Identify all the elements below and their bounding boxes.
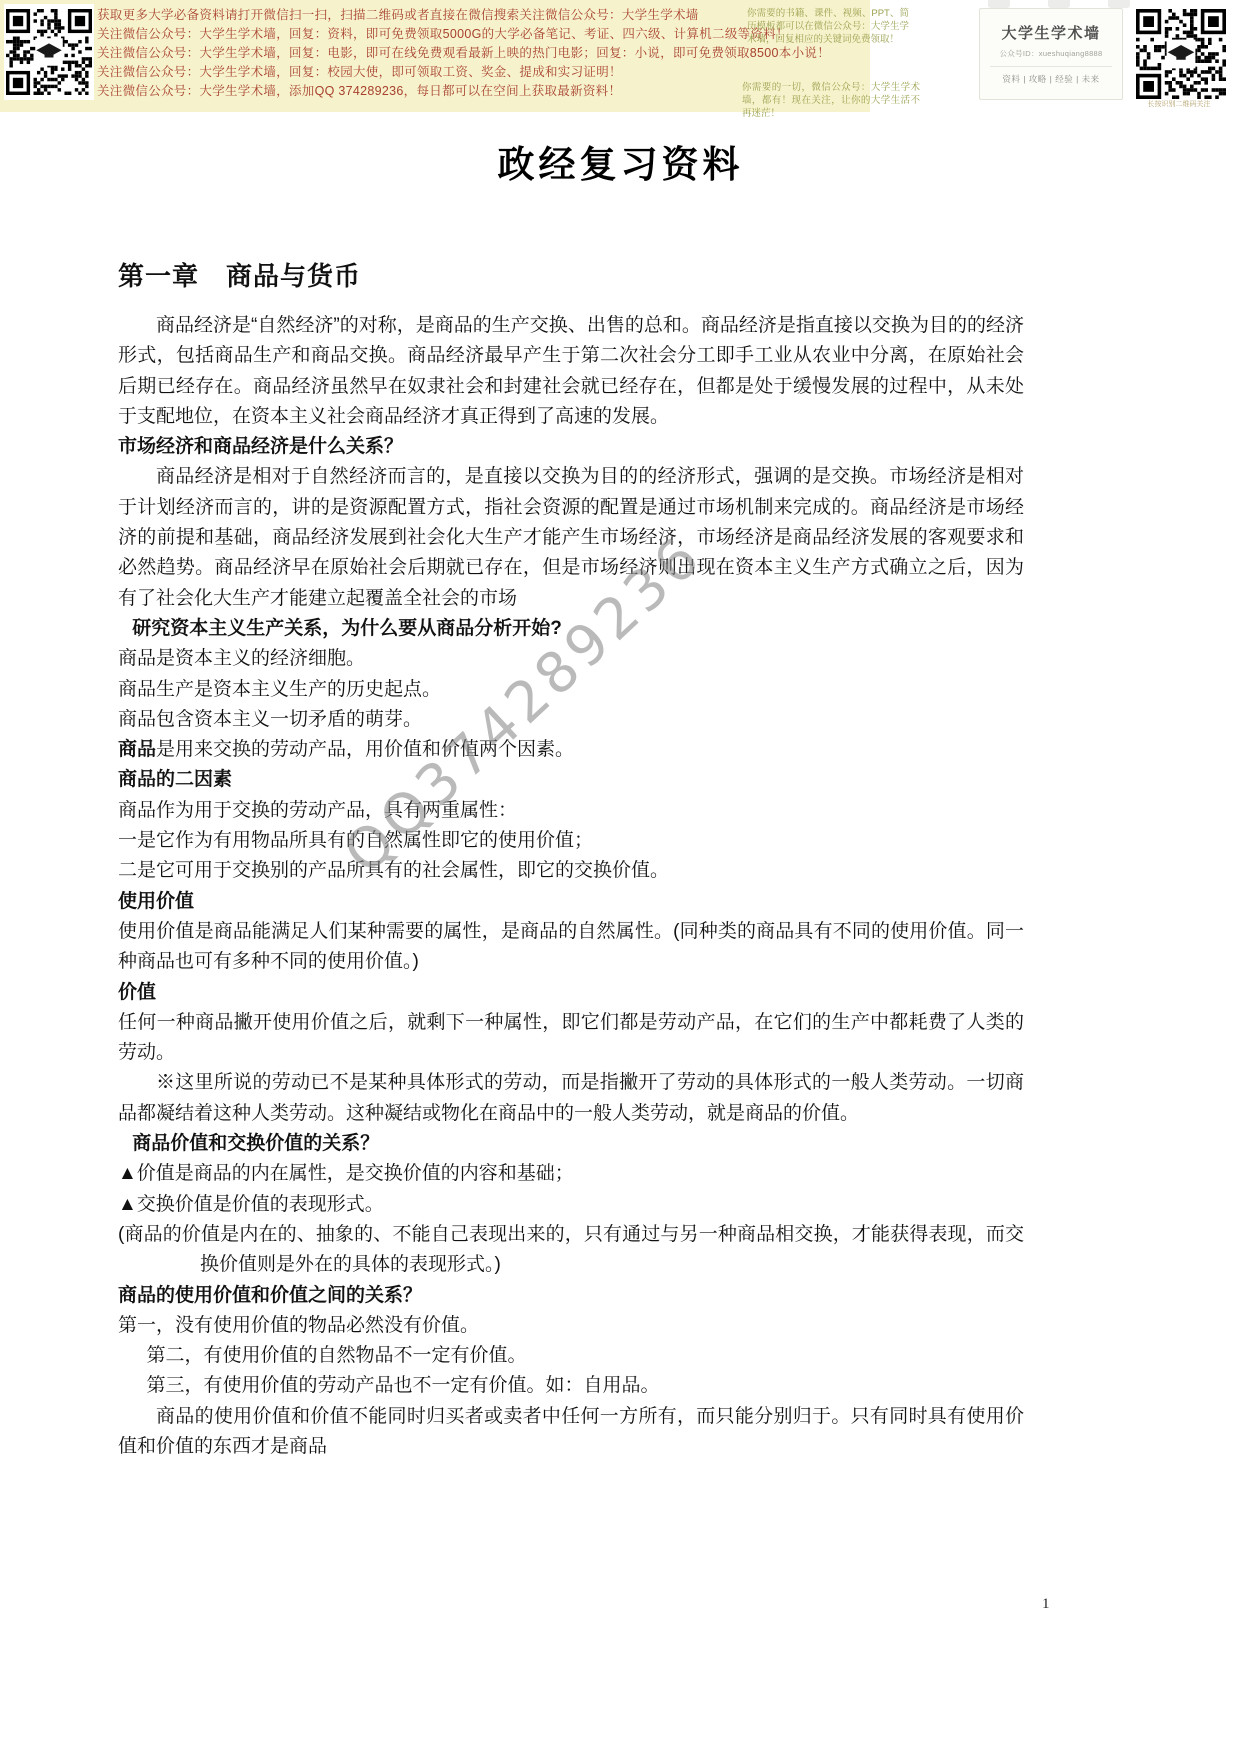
paragraph: ▲交换价值是价值的表现形式。 [118, 1190, 1024, 1220]
banner-note-top: 你需要的书籍、课件、视频、PPT、简历模板都可以在微信公众号：大学生学术墙，回复… [747, 7, 909, 47]
paragraph: ▲价值是商品的内在属性，是交换价值的内容和基础； [118, 1159, 1024, 1189]
paragraph: 商品包含资本主义一切矛盾的萌芽。 [118, 705, 1024, 735]
promo-banner: 获取更多大学必备资料请打开微信扫一扫，扫描二维码或者直接在微信搜索关注微信公众号… [0, 0, 1241, 112]
banner-line: 关注微信公众号：大学生学术墙，回复：电影，即可在线免费观看最新上映的热门电影；回… [97, 44, 830, 63]
account-tags: 资料 | 攻略 | 经验 | 未来 [980, 73, 1122, 85]
paragraph: 商品是资本主义的经济细胞。 [118, 644, 1024, 674]
account-card: 大学生学术墙 公众号ID：xueshuqiang8888 资料 | 攻略 | 经… [979, 8, 1123, 100]
section-heading: 市场经济和商品经济是什么关系？ [118, 432, 1024, 462]
decorative-tab [1108, 0, 1130, 8]
banner-note-bottom: 你需要的一切，微信公众号：大学生学术墙，都有！现在关注，让你的大学生活不再迷茫！ [742, 81, 920, 121]
qr-code-icon [1136, 9, 1226, 99]
qr-code-icon [6, 6, 92, 98]
qr-caption: 长按识别二维码关注 [1134, 99, 1224, 109]
document-body: 第一章 商品与货币 商品经济是“自然经济”的对称，是商品的生产交换、出售的总和。… [118, 256, 1024, 1462]
paragraph: 二是它可用于交换别的产品所具有的社会属性，即它的交换价值。 [118, 856, 1024, 886]
content: 商品经济是“自然经济”的对称，是商品的生产交换、出售的总和。商品经济是指直接以交… [118, 311, 1024, 1462]
section-heading: 研究资本主义生产关系，为什么要从商品分析开始? [118, 614, 1024, 644]
decorative-tab [1048, 0, 1070, 8]
paragraph: 第一，没有使用价值的物品必然没有价值。 [118, 1311, 1024, 1341]
section-heading: 价值 [118, 978, 1024, 1008]
account-id: 公众号ID：xueshuqiang8888 [980, 48, 1122, 59]
qr-code-left [4, 4, 94, 100]
paragraph: 使用价值是商品能满足人们某种需要的属性，是商品的自然属性。(同种类的商品具有不同… [118, 917, 1024, 978]
paragraph: (商品的价值是内在的、抽象的、不能自己表现出来的，只有通过与另一种商品相交换，才… [118, 1220, 1024, 1281]
banner-lines: 获取更多大学必备资料请打开微信扫一扫，扫描二维码或者直接在微信搜索关注微信公众号… [97, 6, 830, 101]
paragraph: ※这里所说的劳动已不是某种具体形式的劳动，而是指撇开了劳动的具体形式的一般人类劳… [118, 1068, 1024, 1129]
page-title: 政经复习资料 [0, 134, 1241, 188]
qr-code-right [1134, 7, 1228, 101]
account-name: 大学生学术墙 [980, 22, 1122, 43]
section-heading: 使用价值 [118, 887, 1024, 917]
paragraph: 商品生产是资本主义生产的历史起点。 [118, 675, 1024, 705]
section-heading: 商品价值和交换价值的关系？ [118, 1129, 1024, 1159]
paragraph: 第三，有使用价值的劳动产品也不一定有价值。如：自用品。 [118, 1371, 1024, 1401]
card-divider [990, 66, 1112, 67]
paragraph: 商品经济是“自然经济”的对称，是商品的生产交换、出售的总和。商品经济是指直接以交… [118, 311, 1024, 432]
banner-line: 关注微信公众号：大学生学术墙，回复：资料，即可免费领取5000G的大学必备笔记、… [97, 25, 830, 44]
banner-line: 获取更多大学必备资料请打开微信扫一扫，扫描二维码或者直接在微信搜索关注微信公众号… [97, 6, 830, 25]
decorative-tab [988, 0, 1010, 8]
paragraph: 第二，有使用价值的自然物品不一定有价值。 [118, 1341, 1024, 1371]
paragraph: 商品作为用于交换的劳动产品，具有两重属性： [118, 796, 1024, 826]
document-page: 获取更多大学必备资料请打开微信扫一扫，扫描二维码或者直接在微信搜索关注微信公众号… [0, 0, 1241, 1754]
paragraph: 商品的使用价值和价值不能同时归买者或卖者中任何一方所有，而只能分别归于。只有同时… [118, 1402, 1024, 1463]
paragraph: 一是它作为有用物品所具有的自然属性即它的使用价值； [118, 826, 1024, 856]
chapter-heading: 第一章 商品与货币 [118, 256, 1024, 293]
banner-line: 关注微信公众号：大学生学术墙，回复：校园大使，即可领取工资、奖金、提成和实习证明… [97, 63, 830, 82]
page-number: 1 [1042, 1596, 1050, 1613]
paragraph: 商品是用来交换的劳动产品，用价值和价值两个因素。 [118, 735, 1024, 765]
paragraph: 任何一种商品撇开使用价值之后，就剩下一种属性，即它们都是劳动产品，在它们的生产中… [118, 1008, 1024, 1069]
banner-line: 关注微信公众号：大学生学术墙，添加QQ 374289236，每日都可以在空间上获… [97, 82, 830, 101]
section-heading: 商品的使用价值和价值之间的关系？ [118, 1281, 1024, 1311]
paragraph: 商品经济是相对于自然经济而言的，是直接以交换为目的的经济形式，强调的是交换。市场… [118, 462, 1024, 613]
section-heading: 商品的二因素 [118, 765, 1024, 795]
